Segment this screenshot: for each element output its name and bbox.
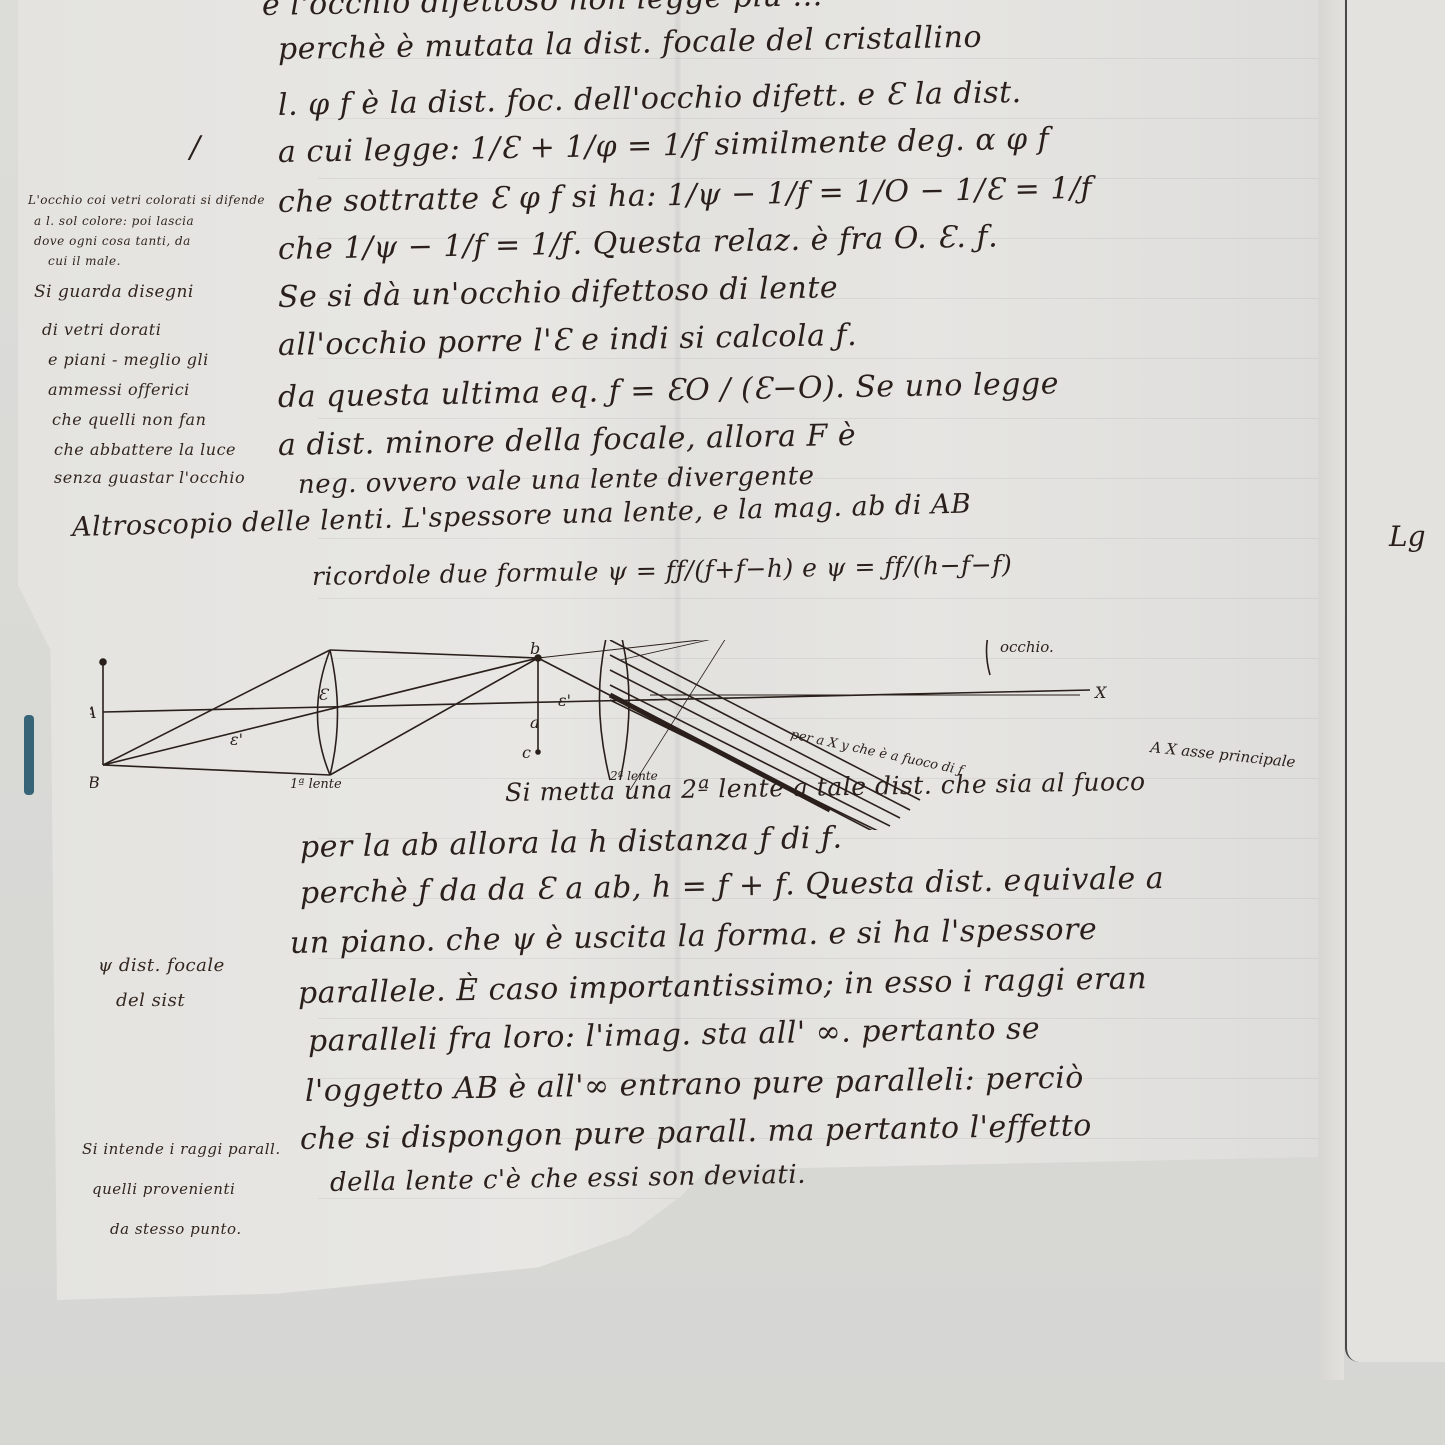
margin-note: Si guarda disegni <box>34 282 194 302</box>
margin-note: che quelli non fan <box>52 410 206 429</box>
margin-note: a l. sol colore: poi lascia <box>34 214 194 228</box>
svg-text:Ɛ: Ɛ <box>318 685 330 704</box>
right-page: Lg <box>1345 0 1445 1362</box>
margin-note: quelli provenienti <box>92 1180 235 1198</box>
margin-note: senza guastar l'occhio <box>54 468 245 487</box>
margin-note: di vetri dorati <box>42 320 161 339</box>
svg-text:A X asse principale: A X asse principale <box>1148 738 1297 771</box>
margin-note: e piani - meglio gli <box>48 350 209 369</box>
svg-text:B: B <box>90 773 100 792</box>
margin-note-psi: del sist <box>116 990 185 1011</box>
margin-note: dove ogni cosa tanti, da <box>34 234 191 248</box>
margin-note: cui il male. <box>48 254 121 268</box>
svg-text:a: a <box>530 713 540 732</box>
margin-note-psi: ψ dist. focale <box>98 955 225 976</box>
blue-ink-stain <box>24 715 34 795</box>
svg-text:1ª lente: 1ª lente <box>290 777 342 792</box>
margin-note: che abbattere la luce <box>54 440 236 459</box>
margin-note: Si intende i raggi parall. <box>82 1140 281 1158</box>
margin-note: ammessi offerici <box>48 380 190 399</box>
margin-note: L'occhio coi vetri colorati si difende <box>28 193 265 207</box>
svg-text:ε': ε' <box>230 730 243 749</box>
svg-text:ε': ε' <box>558 691 571 710</box>
svg-text:X: X <box>1093 683 1107 702</box>
margin-mark: / <box>190 130 201 165</box>
margin-note: da stesso punto. <box>110 1220 242 1238</box>
svg-text:A: A <box>90 703 97 722</box>
right-page-text: Lg <box>1389 520 1426 553</box>
svg-text:b: b <box>530 640 540 658</box>
svg-text:occhio.: occhio. <box>1000 640 1054 656</box>
svg-text:c: c <box>522 743 531 762</box>
